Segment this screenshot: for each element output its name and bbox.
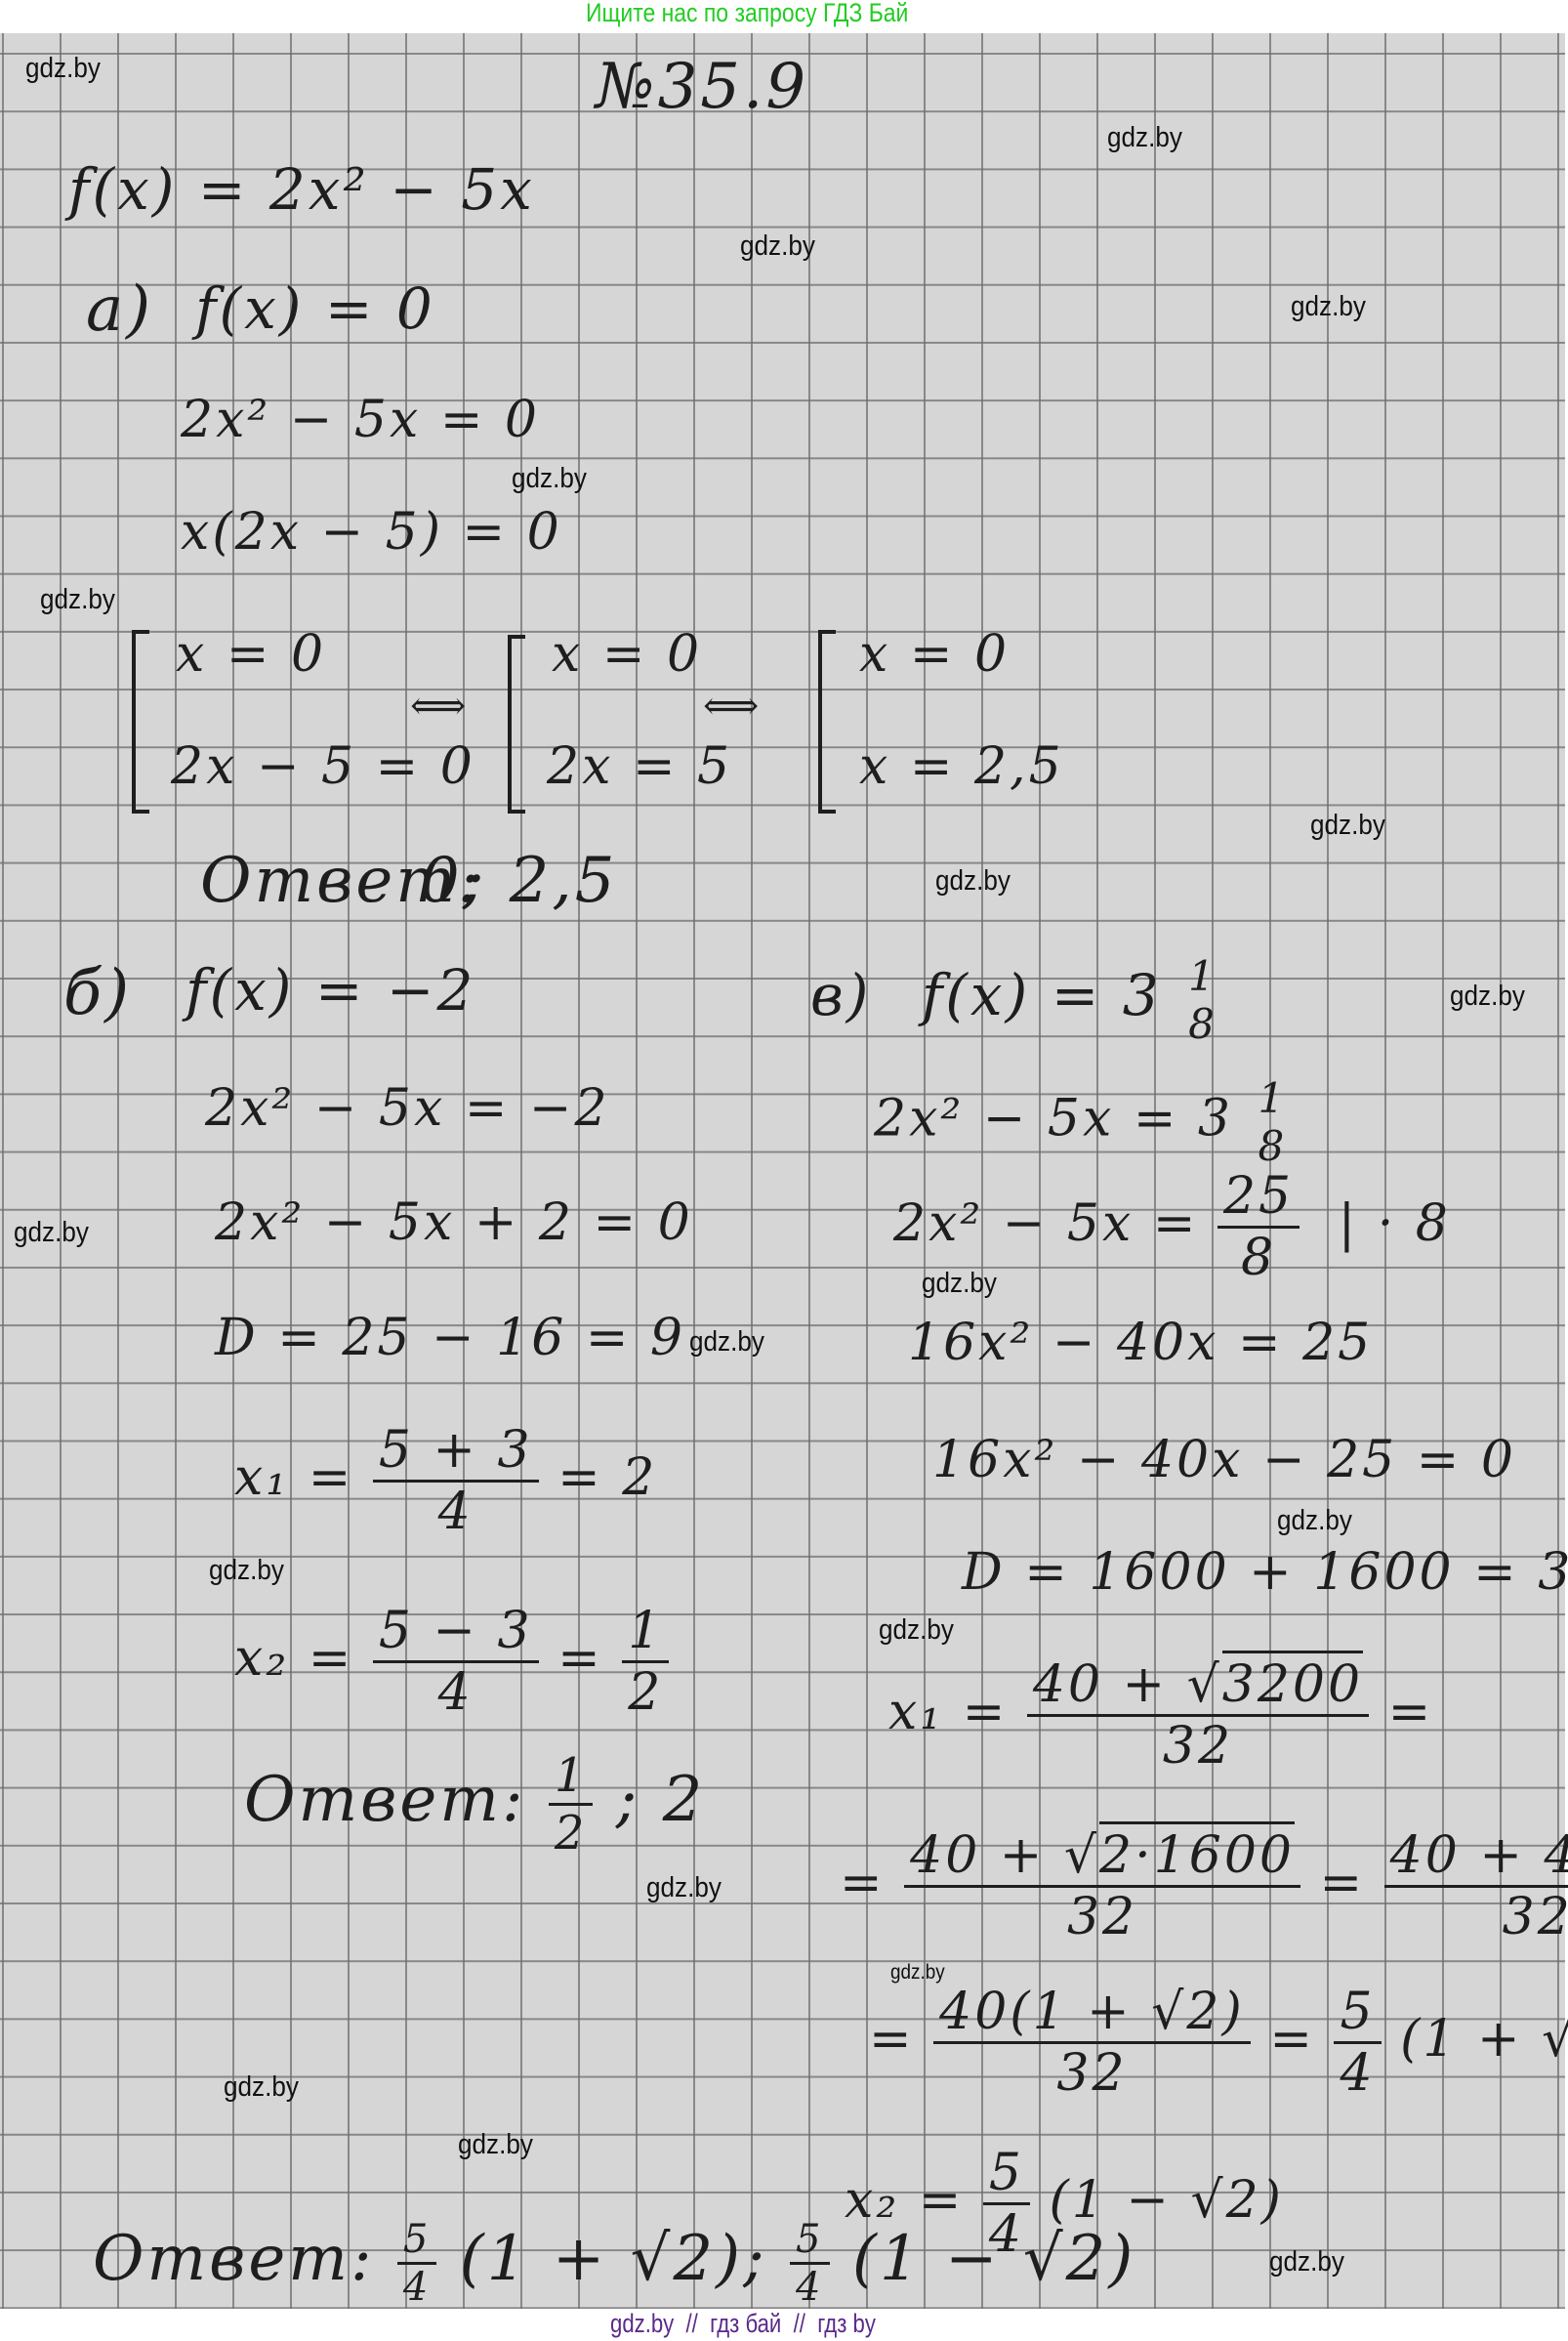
- watermark: gdz.by: [224, 2071, 299, 2104]
- part-b-step: 2x² − 5x = −2: [205, 1079, 610, 1138]
- fraction: 40 + √2·160032: [904, 1826, 1300, 1946]
- fraction: 258: [1217, 1167, 1300, 1287]
- watermark: gdz.by: [646, 1872, 722, 1904]
- system1-line: x = 0: [176, 625, 326, 684]
- part-a-step: x(2x − 5) = 0: [181, 503, 562, 562]
- watermark: gdz.by: [25, 53, 101, 85]
- part-b-label: б): [63, 957, 132, 1029]
- part-v-discriminant: D = 1600 + 1600 = 3200: [962, 1543, 1568, 1602]
- watermark: gdz.by: [458, 2129, 533, 2161]
- system1-line: 2x − 5 = 0: [171, 737, 475, 796]
- part-b-answer: Ответ: 12 ; 2: [244, 1748, 705, 1860]
- watermark: gdz.by: [740, 230, 815, 263]
- set-bracket: [132, 630, 149, 814]
- part-b-x1: x₁ = 5 + 34 = 2: [234, 1421, 657, 1541]
- system2-line: 2x = 5: [547, 737, 732, 796]
- part-b-x2: x₂ = 5 − 34 = 12: [234, 1602, 669, 1722]
- function-definition: f(x) = 2x² − 5x: [68, 156, 535, 223]
- part-a-condition: f(x) = 0: [195, 275, 435, 342]
- fraction: 12: [549, 1748, 594, 1860]
- part-a-label: а): [86, 273, 153, 346]
- x2-label: x₂ =: [234, 1629, 353, 1688]
- problem-number: №35.9: [596, 51, 808, 123]
- fraction: 5 + 34: [373, 1421, 539, 1541]
- part-v-line2: = 40 + √2·160032 = 40 + 40√232 =: [840, 1826, 1568, 1946]
- part-v-label: в): [810, 962, 871, 1028]
- search-banner-text: Ищите нас по запросу ГДЗ Бай: [586, 0, 908, 28]
- part-v-x1: x₁ = 40 + √320032 =: [888, 1655, 1433, 1776]
- fraction: 18: [1182, 952, 1223, 1048]
- fraction: 54: [1334, 1983, 1381, 2103]
- fraction: 54: [790, 2217, 829, 2310]
- watermark: gdz.by: [1277, 1505, 1352, 1537]
- footer-banner-text: gdz.by // гдз бай // гдз by: [610, 2309, 876, 2339]
- fraction: 18: [1253, 1074, 1294, 1170]
- part-b-step: 2x² − 5x + 2 = 0: [215, 1193, 693, 1252]
- final-answer: Ответ: 54 (1 + √2); 54 (1 − √2): [93, 2217, 1135, 2310]
- fraction: 40(1 + √2)32: [933, 1983, 1251, 2103]
- watermark: gdz.by: [1107, 122, 1182, 154]
- part-a-step: 2x² − 5x = 0: [181, 391, 540, 449]
- watermark: gdz.by: [689, 1326, 764, 1359]
- watermark: gdz.by: [512, 463, 587, 495]
- answer-label: Ответ:: [93, 2223, 375, 2295]
- system3-line: x = 0: [859, 625, 1010, 684]
- fraction: 54: [397, 2217, 436, 2310]
- set-bracket: [818, 630, 836, 814]
- watermark: gdz.by: [1291, 291, 1366, 323]
- answer-label: Ответ:: [244, 1764, 526, 1836]
- fraction: 40 + 40√232: [1384, 1826, 1568, 1946]
- system3-line: x = 2,5: [859, 737, 1064, 796]
- part-b-discriminant: D = 25 − 16 = 9: [215, 1309, 685, 1367]
- part-v-step: 16x² − 40x − 25 = 0: [932, 1431, 1516, 1489]
- watermark: gdz.by: [879, 1614, 954, 1647]
- x1-result: = 2: [557, 1448, 657, 1507]
- part-v-line3: = 40(1 + √2)32 = 54 (1 + √2): [869, 1983, 1568, 2103]
- footer-banner: gdz.by // гдз бай // гдз by: [0, 2309, 1568, 2341]
- part-v-condition: в) f(x) = 3 18: [810, 952, 1223, 1048]
- watermark: gdz.by: [209, 1555, 284, 1587]
- set-bracket: [508, 635, 525, 814]
- fraction: 12: [622, 1602, 669, 1722]
- watermark: gdz.by: [890, 1961, 945, 1985]
- equivalence-arrow: ⟺: [410, 684, 469, 729]
- part-v-step2: 2x² − 5x = 258 | · 8: [893, 1167, 1451, 1287]
- part-v-step: 16x² − 40x = 25: [908, 1314, 1373, 1372]
- part-a-answer: 0; 2,5: [420, 845, 617, 917]
- system2-line: x = 0: [552, 625, 702, 684]
- watermark: gdz.by: [14, 1217, 89, 1249]
- watermark: gdz.by: [1310, 810, 1385, 842]
- watermark: gdz.by: [1450, 981, 1525, 1013]
- fraction: 40 + √320032: [1027, 1655, 1369, 1776]
- fraction: 5 − 34: [373, 1602, 539, 1722]
- watermark: gdz.by: [40, 584, 115, 616]
- watermark: gdz.by: [935, 865, 1011, 898]
- equivalence-arrow: ⟺: [703, 684, 762, 729]
- part-v-step1: 2x² − 5x = 3 18: [874, 1074, 1293, 1170]
- search-banner: Ищите нас по запросу ГДЗ Бай: [0, 0, 1568, 33]
- x1-label: x₁ =: [234, 1448, 353, 1507]
- part-b-condition: f(x) = −2: [186, 957, 475, 1024]
